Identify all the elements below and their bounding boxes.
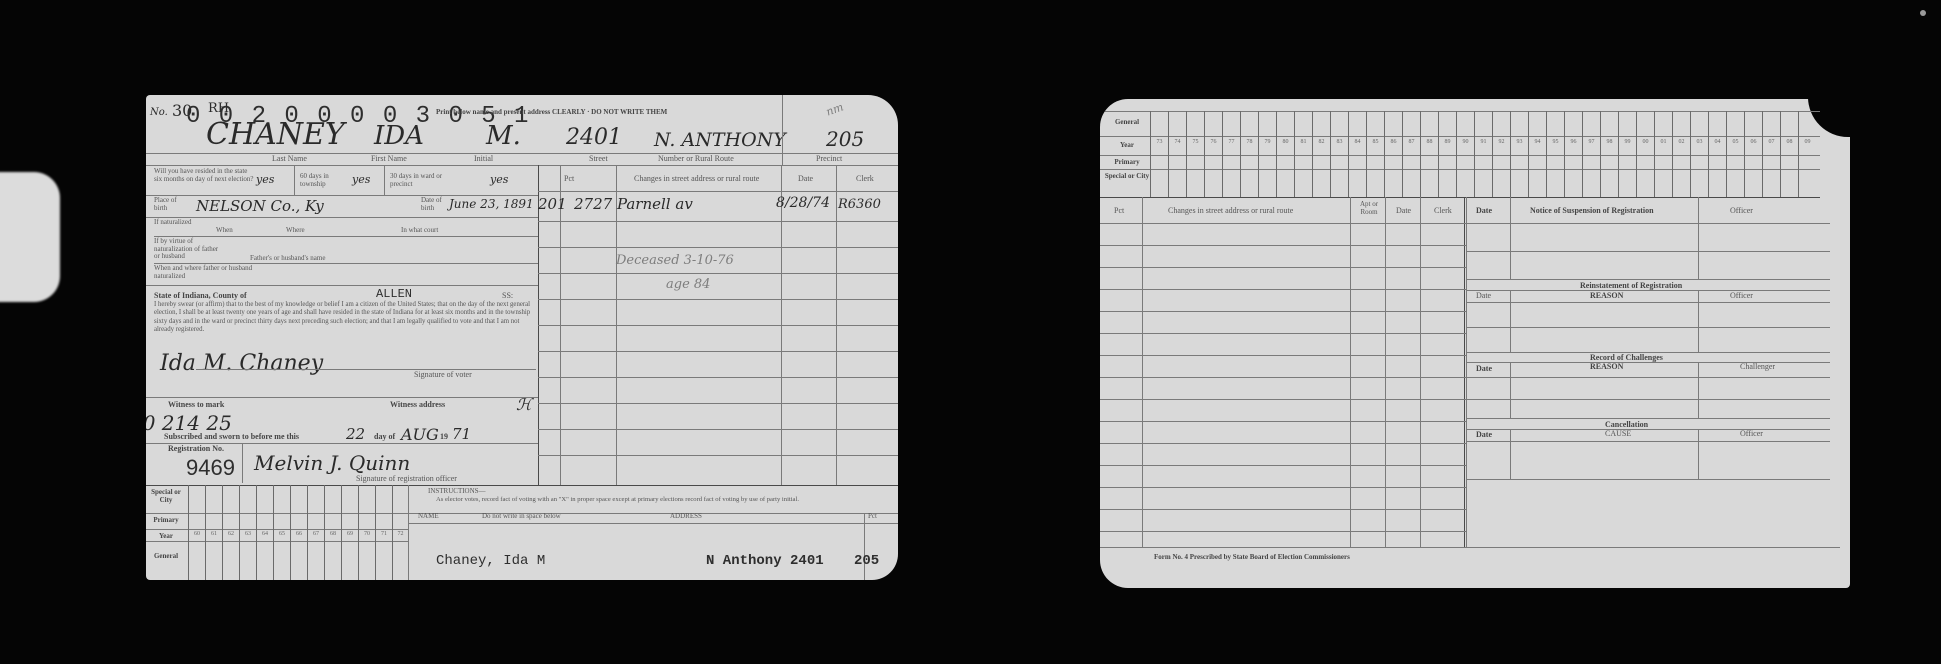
- footer-header-name: NAME: [418, 513, 439, 521]
- last-name: CHANEY: [206, 117, 345, 152]
- scan-artifact: [0, 172, 60, 302]
- q1-answer: yes: [256, 173, 274, 186]
- col-header-changes: Changes in street address or rural route: [634, 175, 759, 184]
- cancellation-col-cause: CAUSE: [1605, 430, 1631, 439]
- witness-mark-label: Witness to mark: [168, 401, 224, 410]
- year-cell: 99: [1618, 111, 1636, 197]
- scan-speck: [1920, 10, 1926, 16]
- table-row-line: [1100, 355, 1466, 356]
- suspension-col-title: Notice of Suspension of Registration: [1530, 207, 1654, 216]
- vr-label-primary: Primary: [146, 517, 186, 525]
- deceased-note: Deceased 3-10-76: [616, 253, 734, 268]
- table-row-line: [1100, 421, 1466, 422]
- table-row-line: [1100, 267, 1466, 268]
- year-cell: 02: [1672, 111, 1690, 197]
- table-row-line: [1100, 531, 1466, 532]
- year-cell: 00: [1636, 111, 1654, 197]
- year-cell: 08: [1780, 111, 1798, 197]
- officer-signature-label: Signature of registration officer: [356, 475, 457, 484]
- front-year-grid: 60 61 62 63 64 65 66 67 68 69 70 71 72: [188, 485, 409, 580]
- table-row-line: [1100, 465, 1466, 466]
- year-cell: 04: [1708, 111, 1726, 197]
- q2-label: 60 days in township: [300, 173, 350, 188]
- registration-card-back: General Year Primary Special or City 737…: [1100, 99, 1850, 588]
- print-instruction: Print below name and present address CLE…: [436, 109, 667, 117]
- year-cell: 09: [1798, 111, 1816, 197]
- table-row-line: [1100, 399, 1466, 400]
- table-row-line: [1100, 223, 1466, 224]
- cancellation-col-date: Date: [1476, 431, 1492, 440]
- vr-label-year: Year: [146, 533, 186, 541]
- footer-header-pct: Pct: [868, 513, 877, 521]
- witness-address-label: Witness address: [390, 401, 445, 410]
- subscribed-label: Subscribed and sworn to before me this: [164, 433, 299, 442]
- label-number-route: Number or Rural Route: [658, 155, 734, 164]
- typed-precinct: 205: [854, 553, 879, 569]
- row1-clerk: R6360: [838, 197, 881, 212]
- table-row-line: [1100, 245, 1466, 246]
- year-cell: 98: [1600, 111, 1618, 197]
- footer-header-address: ADDRESS: [670, 513, 702, 521]
- header-tag: No.: [150, 107, 168, 118]
- suspension-col-date: Date: [1476, 207, 1492, 216]
- registration-card-front: No. 30 RH 0 0 2 0 0 0 0 3 0 5 1 Print be…: [146, 95, 898, 580]
- footer-header-note: Do not write in space below: [482, 513, 561, 521]
- challenges-col-challenger: Challenger: [1740, 363, 1775, 372]
- year-cell: 06: [1744, 111, 1762, 197]
- corner-note: nm: [824, 100, 845, 118]
- year-prefix-label: 19: [440, 433, 448, 442]
- subscribed-year: 71: [452, 425, 471, 443]
- vr-label-special: Special or City: [146, 489, 186, 504]
- subscribed-month: AUG: [401, 425, 439, 444]
- label-last-name: Last Name: [272, 155, 307, 164]
- birthplace-label: Place of birth: [154, 197, 184, 212]
- year-cell: 93: [1510, 111, 1528, 197]
- suspension-col-officer: Officer: [1730, 207, 1753, 216]
- q3-answer: yes: [490, 173, 508, 186]
- reinstatement-col-date: Date: [1476, 292, 1491, 301]
- year-cell: 92: [1492, 111, 1510, 197]
- instructions-heading: INSTRUCTIONS—: [428, 488, 486, 496]
- when-where-label: When and where father or husband natural…: [154, 265, 254, 280]
- form-footer: Form No. 4 Prescribed by State Board of …: [1154, 554, 1350, 562]
- year-cell: 96: [1564, 111, 1582, 197]
- year-cell: 05: [1726, 111, 1744, 197]
- table-row-line: [1100, 377, 1466, 378]
- father-name-label: Father's or husband's name: [250, 255, 325, 263]
- ss-label: SS:: [502, 292, 513, 301]
- typed-address: N Anthony 2401: [706, 553, 824, 569]
- when-label: When: [216, 227, 233, 235]
- county-value: ALLEN: [376, 287, 412, 301]
- birthdate-value: June 23, 1891: [449, 197, 534, 211]
- first-name: IDA: [374, 121, 424, 151]
- table-row-line: [1100, 487, 1466, 488]
- year-cell: 97: [1582, 111, 1600, 197]
- reinstatement-col-reason: REASON: [1590, 292, 1623, 301]
- age-note: age 84: [666, 277, 710, 292]
- label-initial: Initial: [474, 155, 493, 164]
- challenges-col-reason: REASON: [1590, 363, 1623, 372]
- changes-row-1: 201 2727 Parnell av 8/28/74 R6360: [538, 191, 898, 221]
- birthplace-value: NELSON Co., Ky: [196, 197, 324, 215]
- table-row-line: [1100, 289, 1466, 290]
- officer-signature: Melvin J. Quinn: [254, 451, 410, 475]
- q1-label: Will you have resided in the state six m…: [154, 168, 254, 183]
- q3-label: 30 days in ward or precinct: [390, 173, 460, 188]
- col-header-date: Date: [798, 175, 813, 184]
- typed-name: Chaney, Ida M: [436, 553, 545, 569]
- row1-date: 8/28/74: [776, 195, 830, 211]
- if-naturalized-label: If naturalized: [154, 219, 192, 227]
- year-cell: 95: [1546, 111, 1564, 197]
- court-label: In what court: [401, 227, 438, 235]
- label-first-name: First Name: [371, 155, 407, 164]
- year-cell: 91: [1474, 111, 1492, 197]
- street-number: 2401: [566, 125, 622, 150]
- vr-label-general: General: [146, 553, 186, 561]
- year-cell: 03: [1690, 111, 1708, 197]
- birthdate-label: Date of birth: [421, 197, 451, 212]
- back-changes-rows: [1100, 99, 1466, 549]
- day-of-label: day of: [374, 433, 395, 442]
- label-precinct: Precinct: [816, 155, 842, 164]
- col-header-pct: Pct: [564, 175, 574, 184]
- reinstatement-col-officer: Officer: [1730, 292, 1753, 301]
- registration-no-label: Registration No.: [168, 445, 224, 454]
- subscribed-day: 22: [346, 425, 365, 443]
- voter-signature-label: Signature of voter: [414, 371, 472, 380]
- q2-answer: yes: [352, 173, 370, 186]
- registration-number: 9469: [186, 455, 235, 481]
- by-virtue-label: If by virtue of naturalization of father…: [154, 238, 224, 261]
- voter-signature: Ida M. Chaney: [160, 351, 323, 376]
- label-street: Street: [589, 155, 608, 164]
- where-label: Where: [286, 227, 305, 235]
- year-cell: 01: [1654, 111, 1672, 197]
- witness-mark: ℋ: [516, 395, 532, 414]
- challenges-col-date: Date: [1476, 365, 1492, 374]
- row1-pct: 201: [538, 195, 567, 213]
- year-cell: 94: [1528, 111, 1546, 197]
- precinct: 205: [826, 127, 864, 151]
- row1-address: 2727 Parnell av: [574, 195, 693, 213]
- col-header-clerk: Clerk: [856, 175, 874, 184]
- table-row-line: [1100, 509, 1466, 510]
- instructions-text: As elector votes, record fact of voting …: [436, 496, 856, 503]
- street-name: N. ANTHONY: [654, 129, 786, 151]
- oath-heading: State of Indiana, County of: [154, 292, 247, 301]
- oath-text: I hereby swear (or affirm) that to the b…: [154, 301, 534, 335]
- year-cell: 07: [1762, 111, 1780, 197]
- table-row-line: [1100, 333, 1466, 334]
- table-row-line: [1100, 311, 1466, 312]
- cancellation-col-officer: Officer: [1740, 430, 1763, 439]
- table-row-line: [1100, 443, 1466, 444]
- middle-initial: M.: [486, 121, 521, 151]
